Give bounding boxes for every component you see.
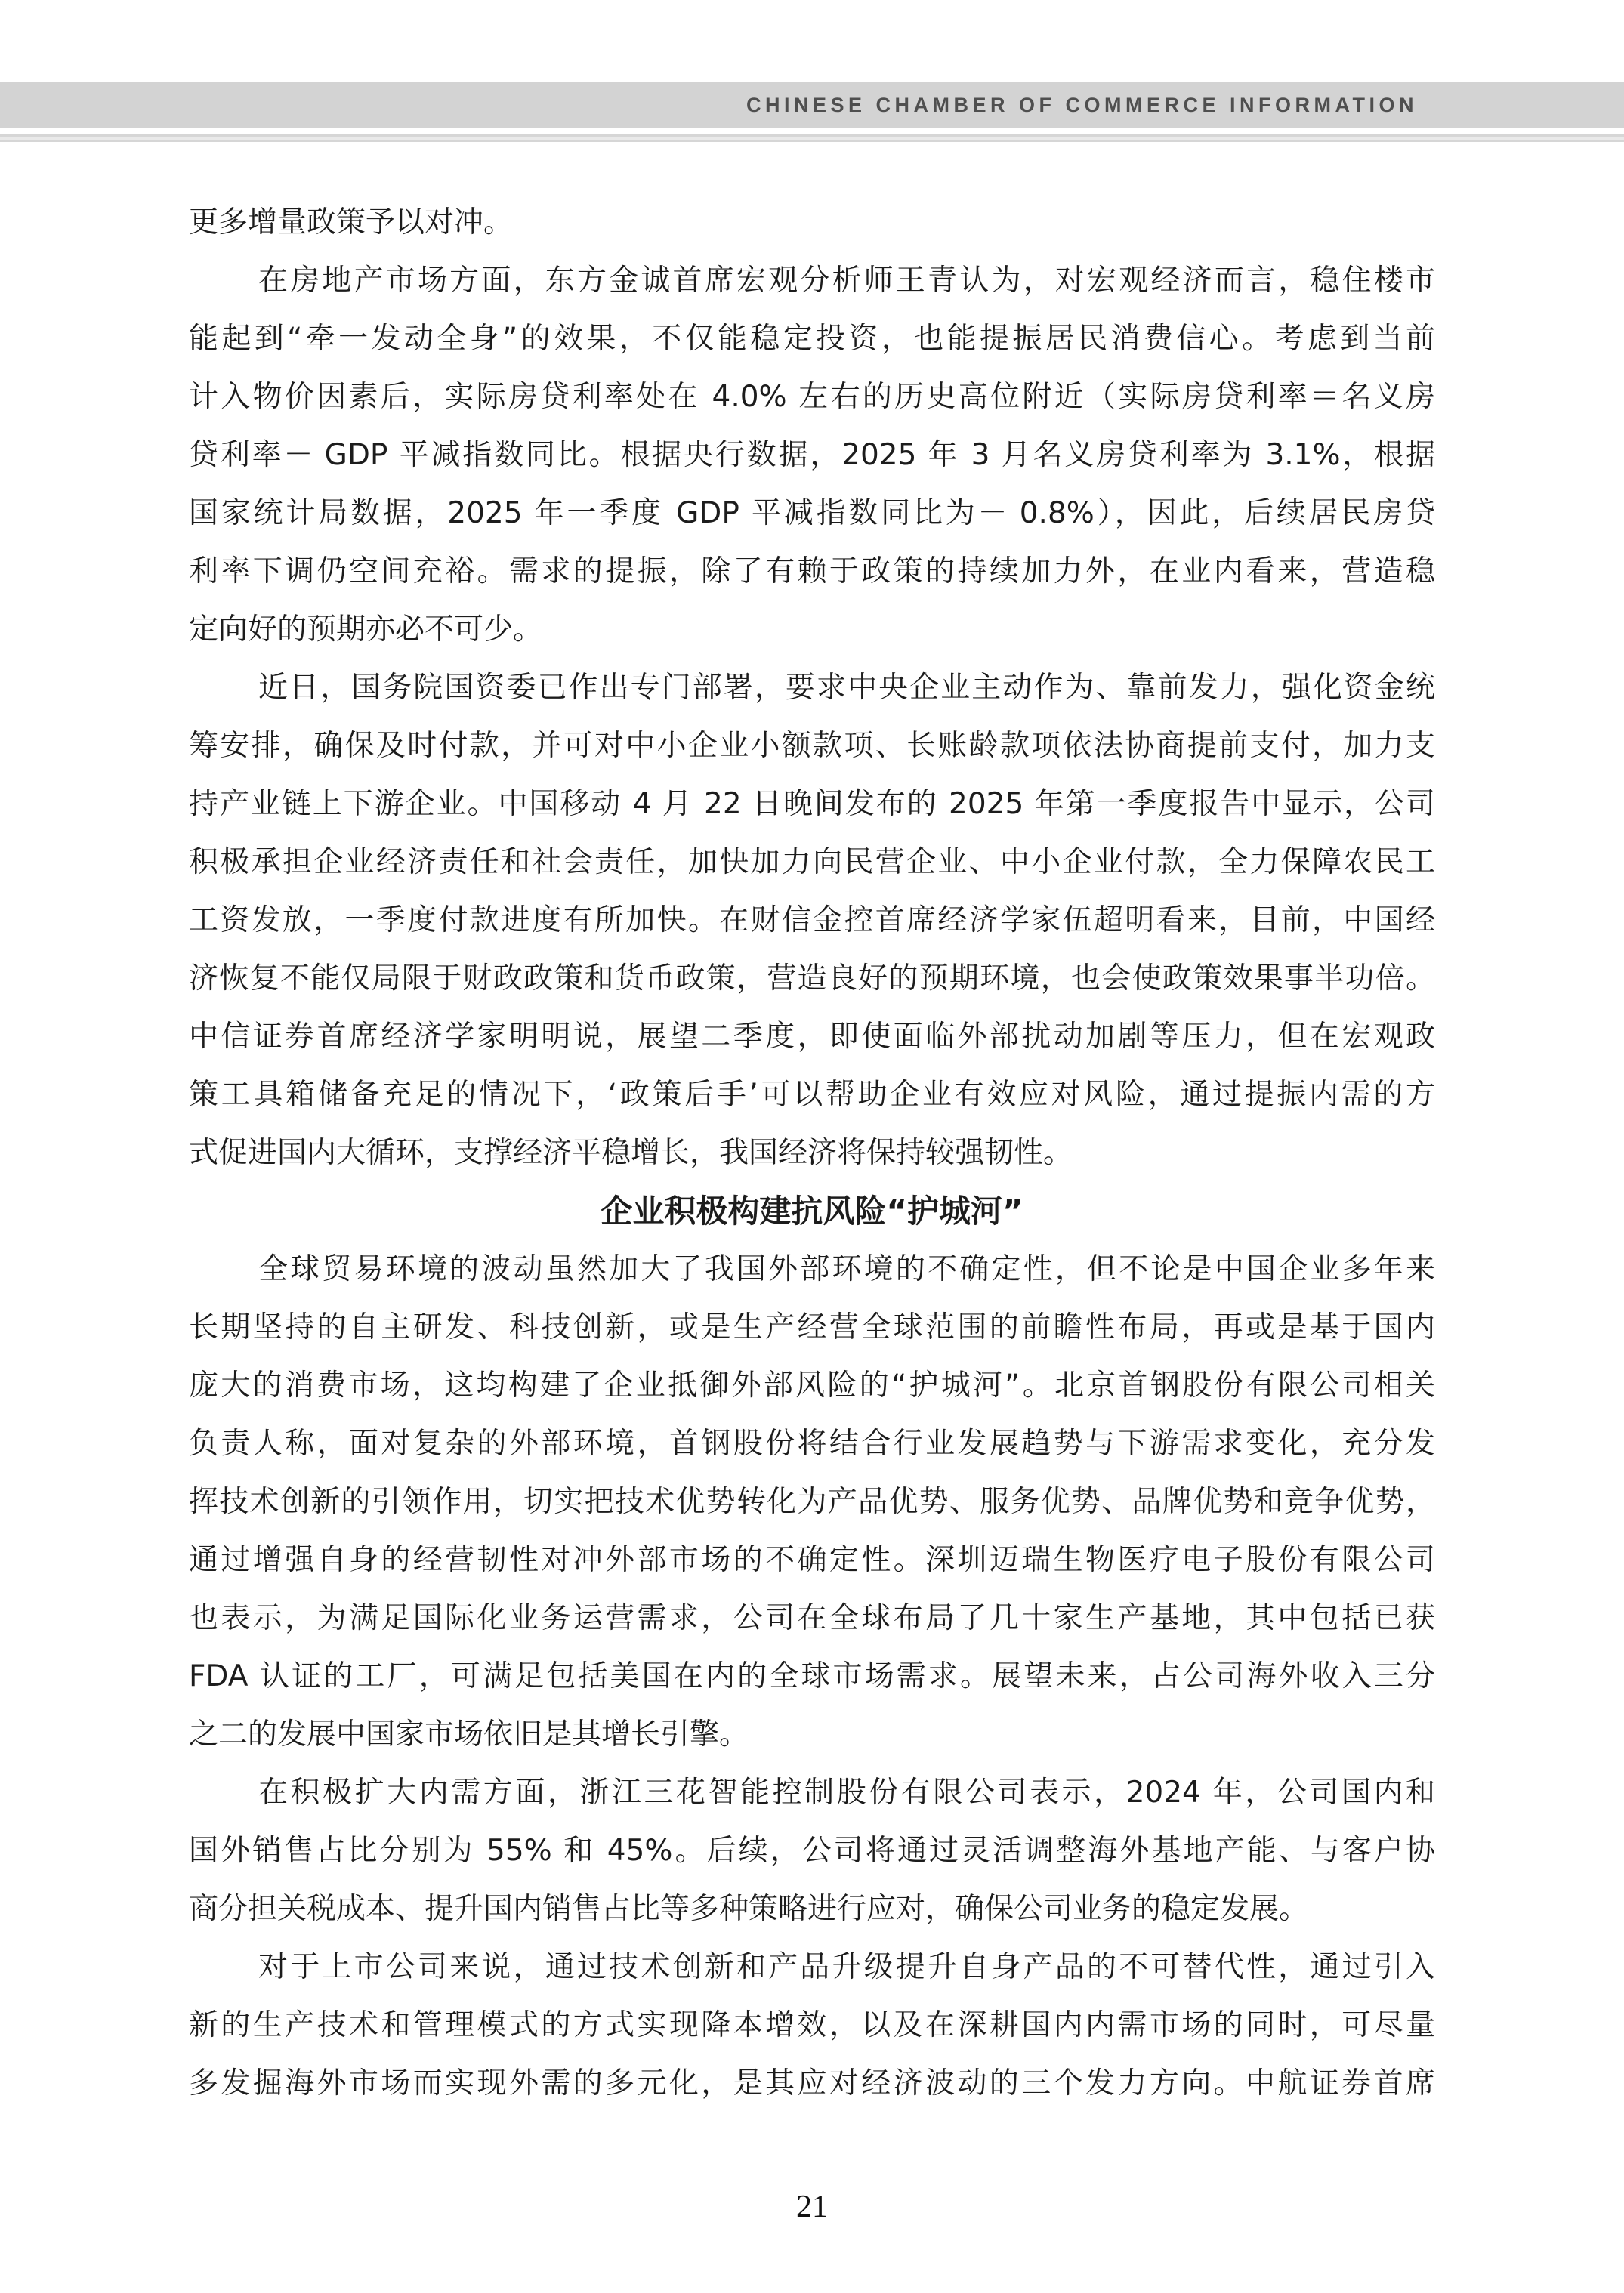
- body-line: 定向好的预期亦必不可少。: [189, 600, 1435, 659]
- body-line: 积极承担企业经济责任和社会责任，加快加力向民营企业、中小企业付款，全力保障农民工: [189, 833, 1435, 891]
- document-page: CHINESE CHAMBER OF COMMERCE INFORMATION …: [0, 0, 1624, 2293]
- body-line: 能起到“牵一发动全身”的效果，不仅能稳定投资，也能提振居民消费信心。考虑到当前: [189, 310, 1435, 368]
- body-line: 庞大的消费市场，这均构建了企业抵御外部风险的“护城河”。北京首钢股份有限公司相关: [189, 1356, 1435, 1415]
- body-line: 近日，国务院国资委已作出专门部署，要求中央企业主动作为、靠前发力，强化资金统: [189, 659, 1435, 717]
- page-number: 21: [0, 2189, 1624, 2225]
- body-line: 利率下调仍空间充裕。需求的提振，除了有赖于政策的持续加力外，在业内看来，营造稳: [189, 542, 1435, 600]
- body-line: 也表示，为满足国际化业务运营需求，公司在全球布局了几十家生产基地，其中包括已获: [189, 1589, 1435, 1647]
- body-line: 持产业链上下游企业。中国移动 4 月 22 日晚间发布的 2025 年第一季度报…: [189, 775, 1435, 833]
- body-line: 济恢复不能仅局限于财政政策和货币政策，营造良好的预期环境，也会使政策效果事半功倍…: [189, 949, 1435, 1008]
- body-line: 在积极扩大内需方面，浙江三花智能控制股份有限公司表示，2024 年，公司国内和: [189, 1764, 1435, 1822]
- header-band: CHINESE CHAMBER OF COMMERCE INFORMATION: [0, 82, 1624, 128]
- body-line: 国家统计局数据，2025 年一季度 GDP 平减指数同比为－ 0.8%），因此，…: [189, 484, 1435, 542]
- body-line: 对于上市公司来说，通过技术创新和产品升级提升自身产品的不可替代性，通过引入: [189, 1938, 1435, 1996]
- body-line: 国外销售占比分别为 55% 和 45%。后续，公司将通过灵活调整海外基地产能、与…: [189, 1822, 1435, 1880]
- body-line: 挥技术创新的引领作用，切实把技术优势转化为产品优势、服务优势、品牌优势和竞争优势…: [189, 1473, 1435, 1531]
- body-line: 之二的发展中国家市场依旧是其增长引擎。: [189, 1705, 1435, 1764]
- body-line: 中信证券首席经济学家明明说，展望二季度，即使面临外部扰动加剧等压力，但在宏观政: [189, 1008, 1435, 1066]
- body-line: 商分担关税成本、提升国内销售占比等多种策略进行应对，确保公司业务的稳定发展。: [189, 1880, 1435, 1938]
- body-line: 全球贸易环境的波动虽然加大了我国外部环境的不确定性，但不论是中国企业多年来: [189, 1240, 1435, 1298]
- body-line: 长期坚持的自主研发、科技创新，或是生产经营全球范围的前瞻性布局，再或是基于国内: [189, 1298, 1435, 1356]
- body-line: 计入物价因素后，实际房贷利率处在 4.0% 左右的历史高位附近（实际房贷利率＝名…: [189, 368, 1435, 426]
- header-rule: [0, 134, 1624, 142]
- header-banner-text: CHINESE CHAMBER OF COMMERCE INFORMATION: [0, 82, 1624, 128]
- body-line: 工资发放，一季度付款进度有所加快。在财信金控首席经济学家伍超明看来，目前，中国经: [189, 891, 1435, 949]
- body-line: 贷利率－ GDP 平减指数同比。根据央行数据，2025 年 3 月名义房贷利率为…: [189, 426, 1435, 484]
- body-lines: 更多增量政策予以对冲。在房地产市场方面，东方金诚首席宏观分析师王青认为，对宏观经…: [189, 193, 1435, 2112]
- body-line: 更多增量政策予以对冲。: [189, 193, 1435, 252]
- body-line: 式促进国内大循环，支撑经济平稳增长，我国经济将保持较强韧性。: [189, 1124, 1435, 1182]
- body-line: 筹安排，确保及时付款，并可对中小企业小额款项、长账龄款项依法协商提前支付，加力支: [189, 717, 1435, 775]
- body-line: 多发掘海外市场而实现外需的多元化，是其应对经济波动的三个发力方向。中航证券首席: [189, 2054, 1435, 2112]
- body-line: FDA 认证的工厂，可满足包括美国在内的全球市场需求。展望未来，占公司海外收入三…: [189, 1647, 1435, 1705]
- body-line: 策工具箱储备充足的情况下，‘政策后手’可以帮助企业有效应对风险，通过提振内需的方: [189, 1066, 1435, 1124]
- body-line: 负责人称，面对复杂的外部环境，首钢股份将结合行业发展趋势与下游需求变化，充分发: [189, 1415, 1435, 1473]
- section-heading: 企业积极构建抗风险“护城河”: [189, 1182, 1435, 1240]
- body-line: 通过增强自身的经营韧性对冲外部市场的不确定性。深圳迈瑞生物医疗电子股份有限公司: [189, 1531, 1435, 1589]
- body-line: 新的生产技术和管理模式的方式实现降本增效，以及在深耕国内内需市场的同时，可尽量: [189, 1996, 1435, 2054]
- body-line: 在房地产市场方面，东方金诚首席宏观分析师王青认为，对宏观经济而言，稳住楼市: [189, 252, 1435, 310]
